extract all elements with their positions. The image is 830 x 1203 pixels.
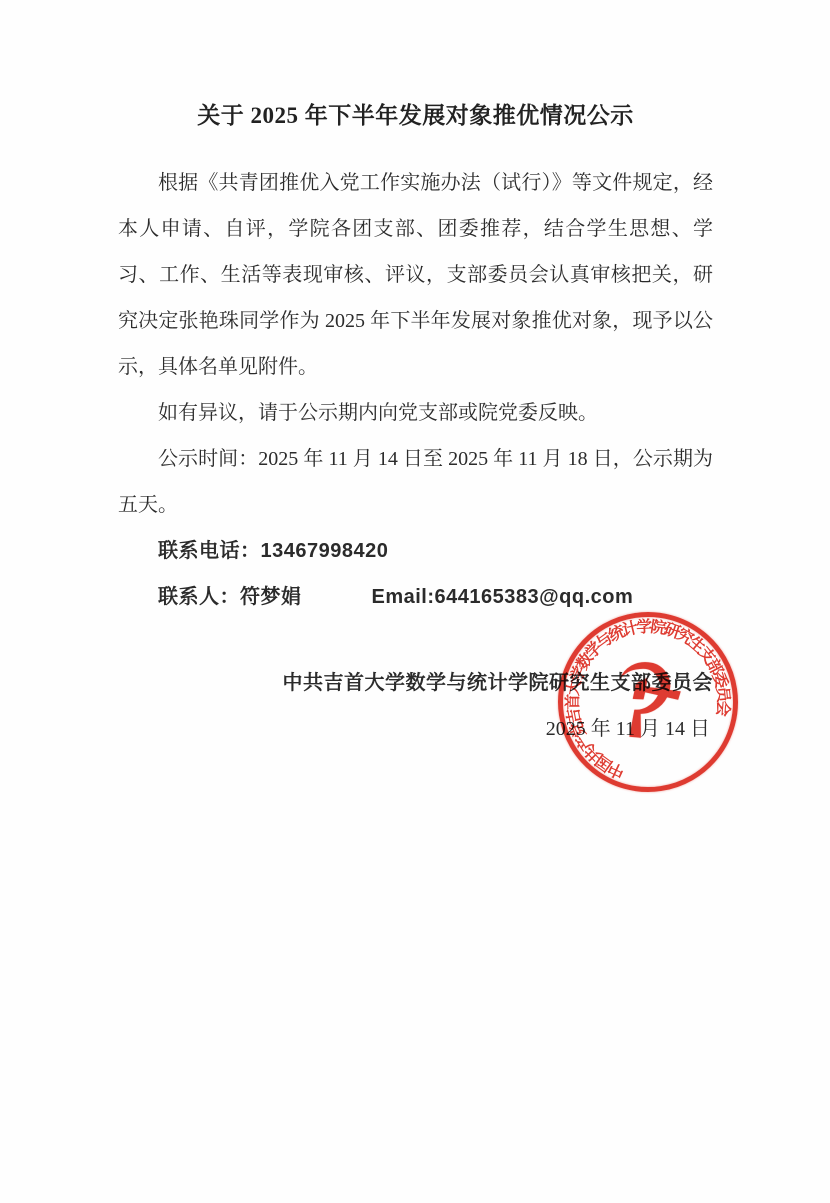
signature-organization: 中共吉首大学数学与统计学院研究生支部委员会 — [118, 661, 713, 705]
signature-date: 2025 年 11 月 14 日 — [118, 705, 713, 753]
document-title: 关于 2025 年下半年发展对象推优情况公示 — [118, 98, 713, 134]
seal-ring-char: 会 — [710, 697, 734, 721]
paragraph-basis: 根据《共青团推优入党工作实施办法（试行）》等文件规定，经本人申请、自评，学院各团… — [118, 160, 713, 390]
seal-ring-char: 员 — [710, 682, 734, 706]
contact-phone-line: 联系电话：13467998420 — [118, 528, 713, 574]
paragraph-objection: 如有异议，请于公示期内向党支部或院党委反映。 — [118, 390, 713, 436]
contact-person: 联系人：符梦娟 — [158, 586, 302, 608]
contact-email: Email:644165383@qq.com — [372, 586, 634, 608]
document-content: 关于 2025 年下半年发展对象推优情况公示 根据《共青团推优入党工作实施办法（… — [118, 98, 713, 753]
contact-person-line: 联系人：符梦娟Email:644165383@qq.com — [118, 574, 713, 620]
seal-ring-char: 中 — [602, 754, 631, 783]
scanned-notice-page: 关于 2025 年下半年发展对象推优情况公示 根据《共青团推优入党工作实施办法（… — [0, 0, 830, 1203]
paragraph-publicity-period: 公示时间：2025 年 11 月 14 日至 2025 年 11 月 18 日，… — [118, 436, 713, 528]
signature-block: 中共吉首大学数学与统计学院研究生支部委员会 2025 年 11 月 14 日 — [118, 661, 713, 753]
